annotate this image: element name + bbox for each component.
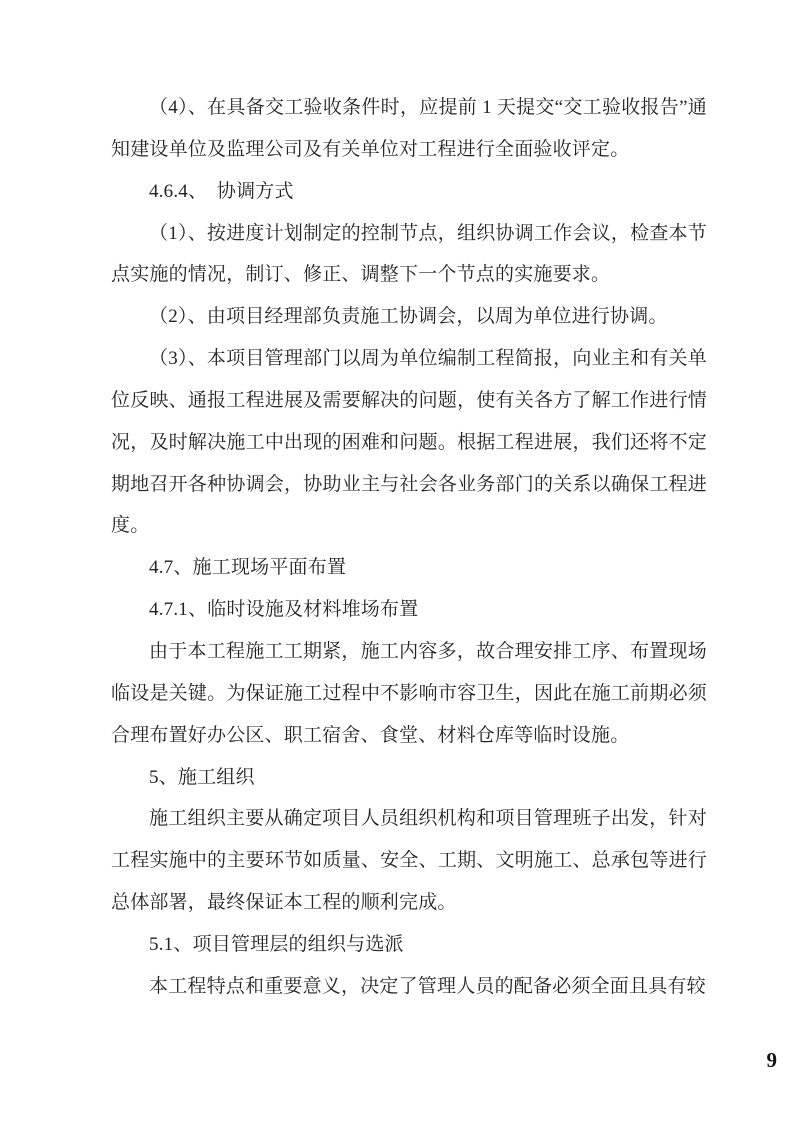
body-paragraph-site-layout: 由于本工程施工工期紧，施工内容多，故合理安排工序、布置现场临设是关键。为保证施工… [111, 631, 707, 757]
body-paragraph-organization: 施工组织主要从确定项目人员组织机构和项目管理班子出发，针对工程实施中的主要环节如… [111, 798, 707, 924]
body-paragraph-1: （1）、按进度计划制定的控制节点，组织协调工作会议，检查本节点实施的情况，制订、… [111, 213, 707, 297]
body-paragraph-4: （4）、在具备交工验收条件时，应提前 1 天提交“交工验收报告”通知建设单位及监… [111, 87, 707, 171]
section-heading-4-7-1: 4.7.1、临时设施及材料堆场布置 [111, 589, 707, 631]
body-paragraph-2: （2）、由项目经理部负责施工协调会，以周为单位进行协调。 [111, 296, 707, 338]
body-paragraph-management: 本工程特点和重要意义，决定了管理人员的配备必须全面且具有较 [111, 966, 707, 1008]
page-number: 9 [767, 1046, 778, 1074]
section-heading-4-6-4: 4.6.4、 协调方式 [111, 171, 707, 213]
document-body: （4）、在具备交工验收条件时，应提前 1 天提交“交工验收报告”通知建设单位及监… [111, 87, 707, 1008]
document-page: （4）、在具备交工验收条件时，应提前 1 天提交“交工验收报告”通知建设单位及监… [0, 0, 793, 1122]
section-heading-4-7: 4.7、施工现场平面布置 [111, 547, 707, 589]
body-paragraph-3: （3）、本项目管理部门以周为单位编制工程简报，向业主和有关单位反映、通报工程进展… [111, 338, 707, 547]
section-heading-5: 5、施工组织 [111, 757, 707, 799]
section-heading-5-1: 5.1、项目管理层的组织与选派 [111, 924, 707, 966]
